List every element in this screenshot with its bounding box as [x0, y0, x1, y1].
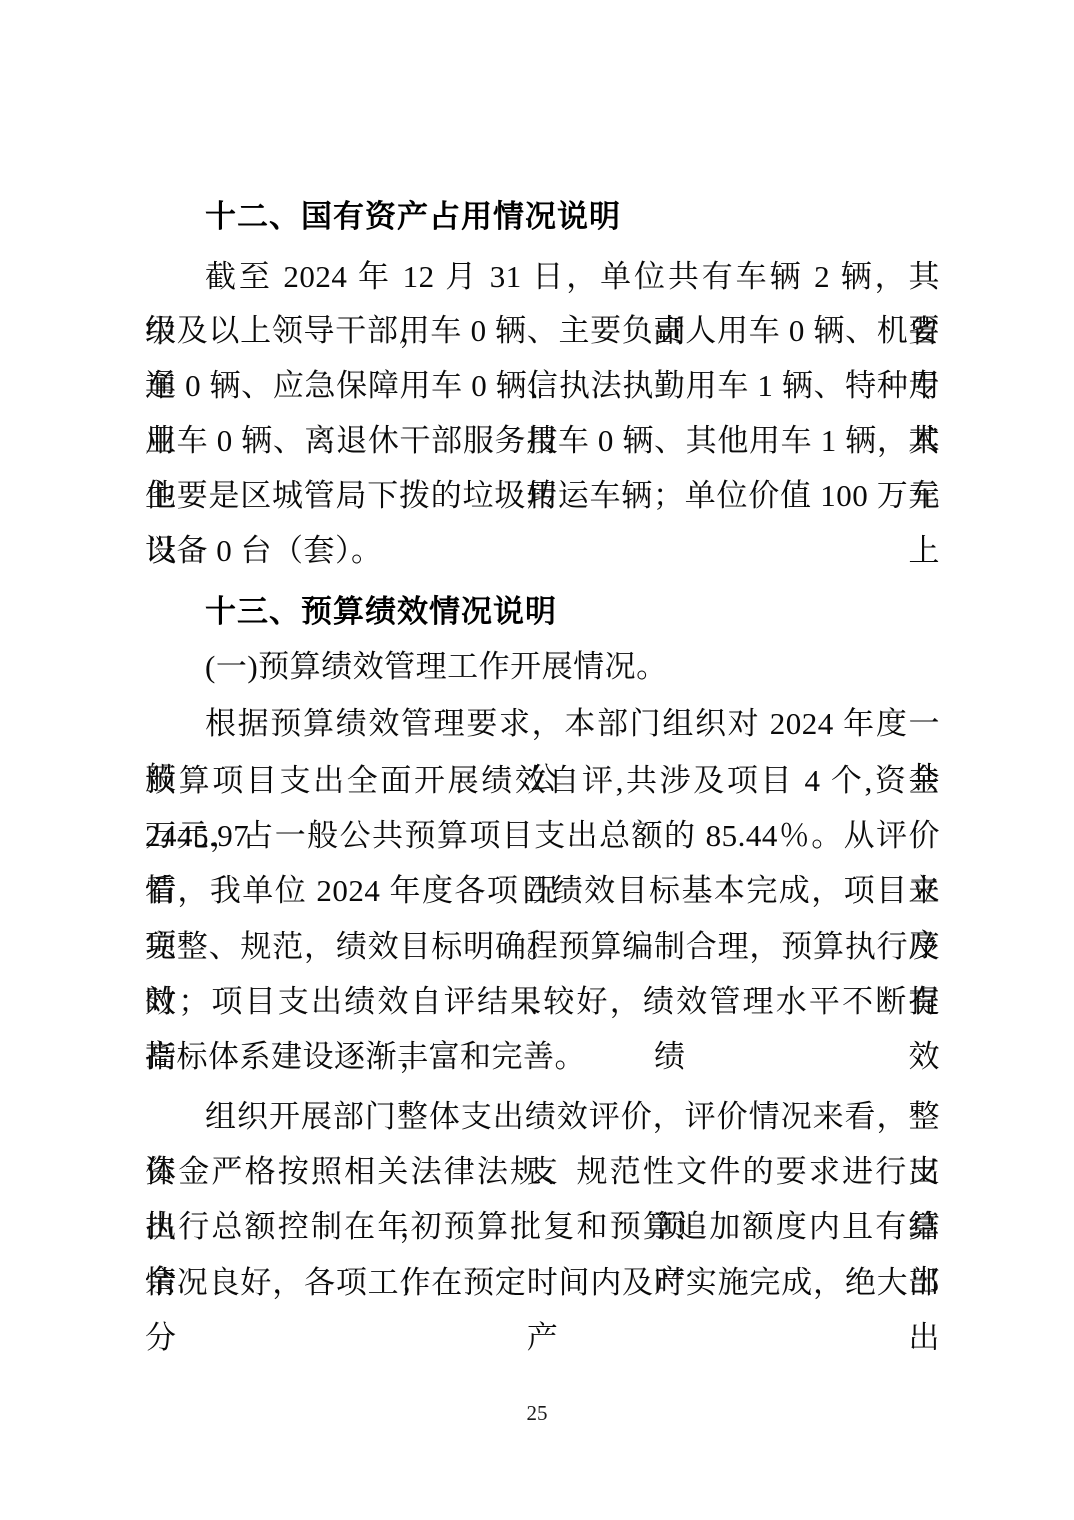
- document-page: 十二、国有资产占用情况说明 截至 2024 年 12 月 31 日，单位共有车辆…: [0, 0, 1074, 1520]
- subsection-heading-13-1: (一)预算绩效管理工作开展情况。: [145, 639, 940, 694]
- overall-evaluation-paragraph-line-4: 情况良好，各项工作在预定时间内及时实施完成，绝大部分产出: [145, 1255, 940, 1365]
- state-assets-paragraph-line-6: 设备 0 台（套）。: [145, 523, 940, 578]
- section-heading-13: 十三、预算绩效情况说明: [145, 584, 940, 639]
- section-heading-12: 十二、国有资产占用情况说明: [145, 189, 940, 244]
- page-number: 25: [0, 1398, 1074, 1428]
- performance-paragraph-line-7: 指标体系建设逐渐丰富和完善。: [145, 1029, 940, 1084]
